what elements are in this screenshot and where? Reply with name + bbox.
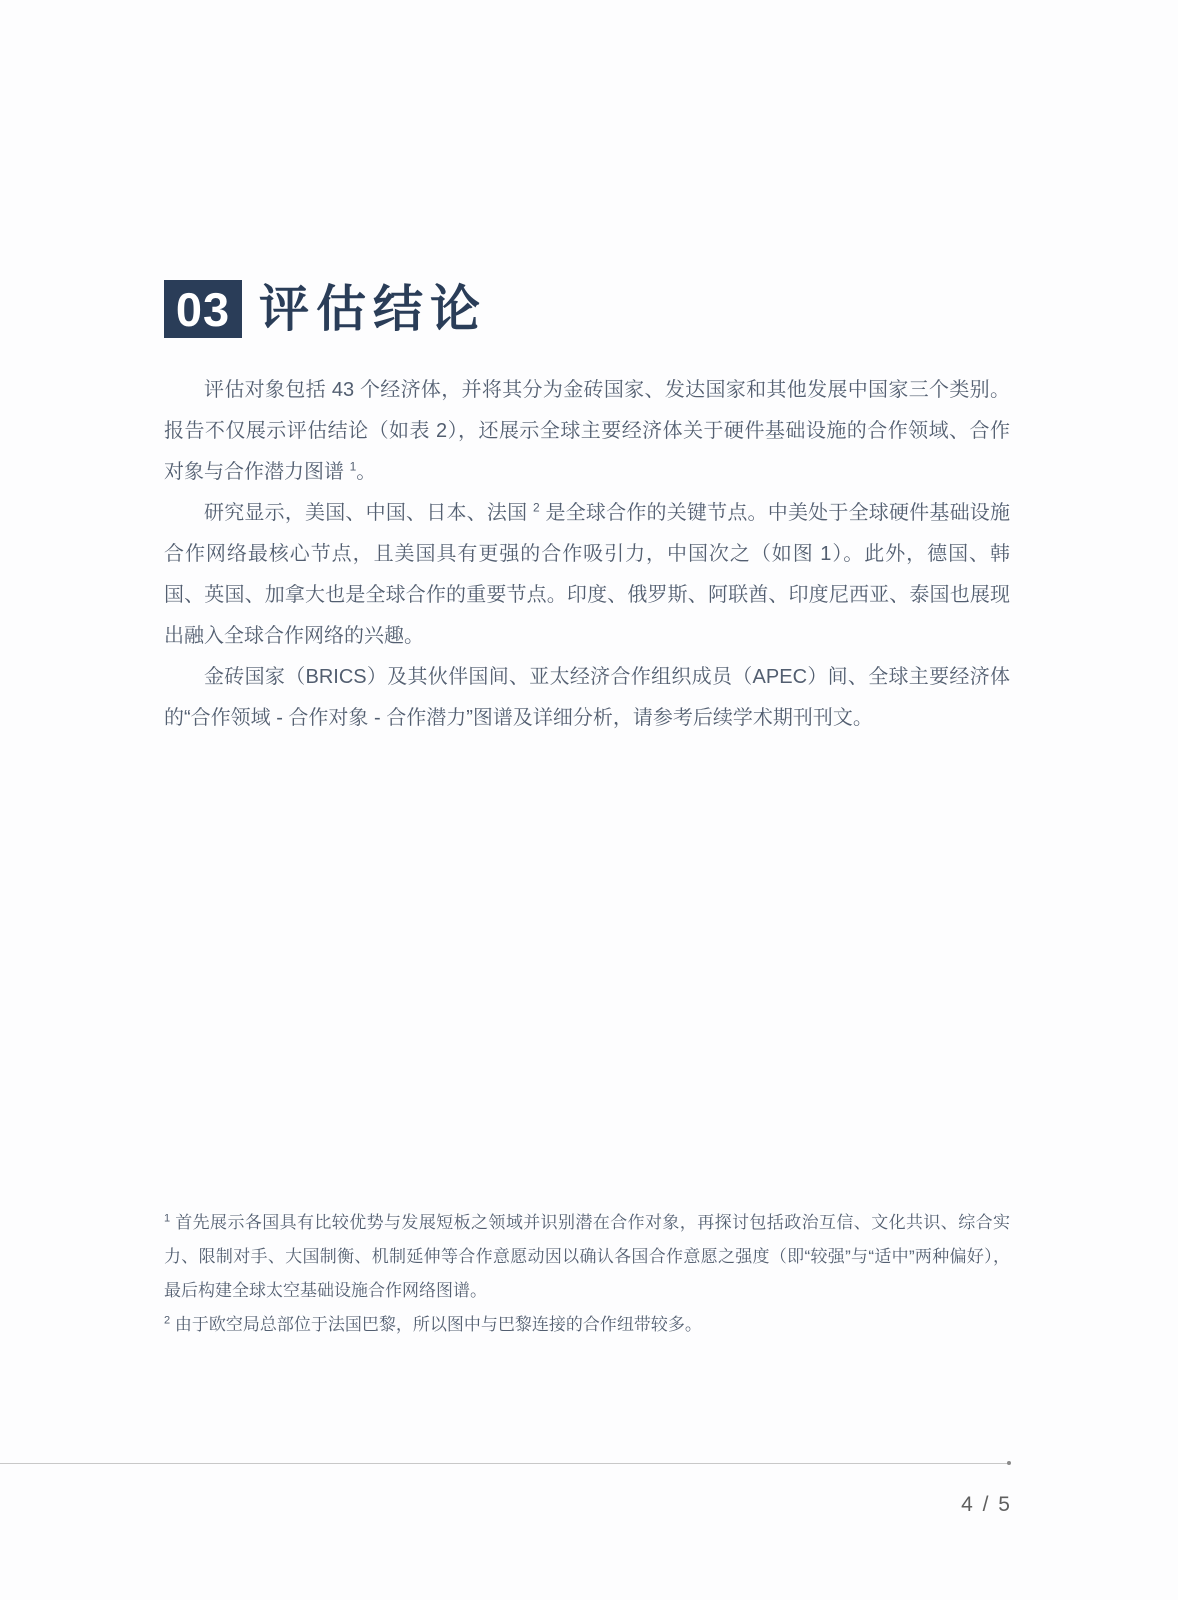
footer-divider-line — [0, 1463, 1008, 1464]
paragraph-1: 评估对象包括 43 个经济体，并将其分为金砖国家、发达国家和其他发展中国家三个类… — [164, 370, 1010, 493]
body-text: 评估对象包括 43 个经济体，并将其分为金砖国家、发达国家和其他发展中国家三个类… — [164, 370, 1010, 739]
section-number-badge: 03 — [164, 280, 242, 338]
footnote-1: 1 首先展示各国具有比较优势与发展短板之领域并识别潜在合作对象，再探讨包括政治互… — [164, 1206, 1010, 1308]
paragraph-3: 金砖国家（BRICS）及其伙伴国间、亚太经济合作组织成员（APEC）间、全球主要… — [164, 657, 1010, 739]
page-number: 4 / 5 — [961, 1493, 1012, 1517]
document-page: 03 评估结论 评估对象包括 43 个经济体，并将其分为金砖国家、发达国家和其他… — [0, 0, 1178, 1600]
page-title: 评估结论 — [259, 284, 487, 334]
section-header: 03 评估结论 — [164, 280, 487, 338]
footnotes: 1 首先展示各国具有比较优势与发展短板之领域并识别潜在合作对象，再探讨包括政治互… — [164, 1206, 1010, 1342]
footer-line-end-dot — [1007, 1461, 1011, 1465]
paragraph-2: 研究显示，美国、中国、日本、法国 2 是全球合作的关键节点。中美处于全球硬件基础… — [164, 493, 1010, 657]
footnote-2: 2 由于欧空局总部位于法国巴黎，所以图中与巴黎连接的合作纽带较多。 — [164, 1308, 1010, 1342]
